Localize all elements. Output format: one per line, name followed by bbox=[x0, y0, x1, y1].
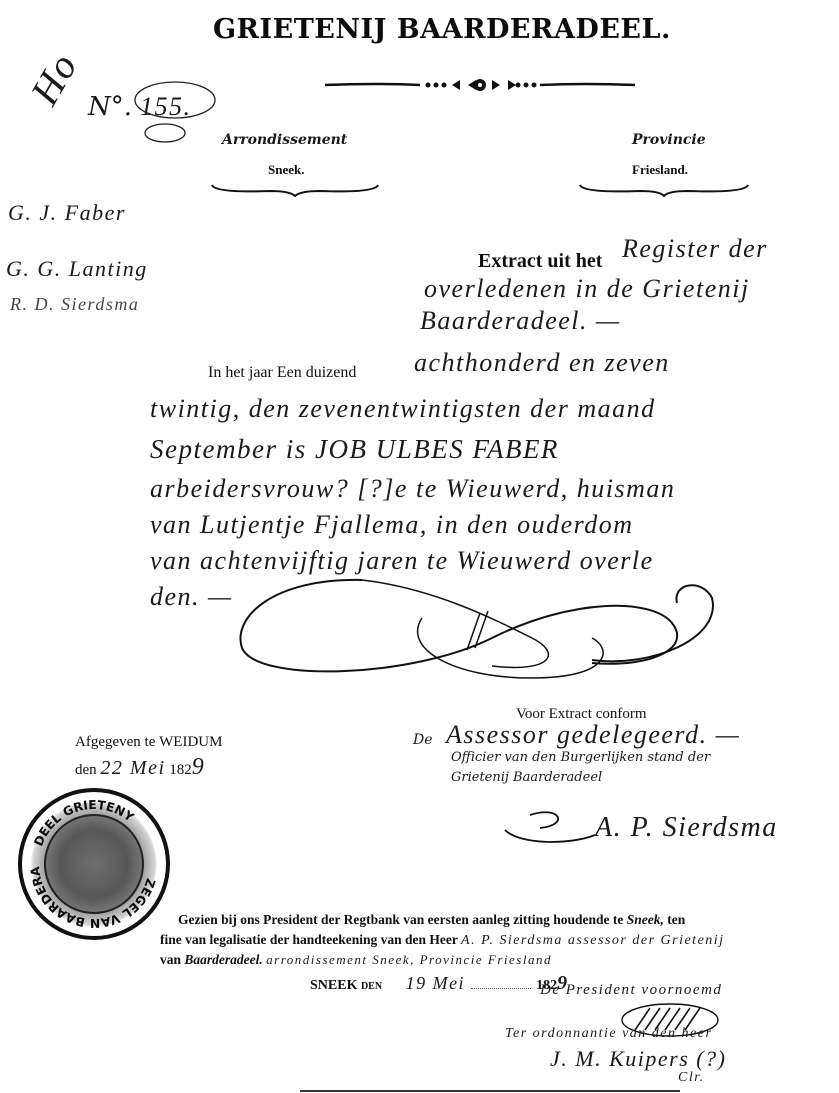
clerk-signature: J. M. Kuipers (?) bbox=[550, 1046, 726, 1072]
provincie-label: Provincie bbox=[632, 132, 706, 148]
issued-date: 22 Mei bbox=[100, 757, 165, 779]
body-line-6: van achtenvijftig jaren te Wieuwerd over… bbox=[150, 546, 654, 576]
extract-overledenen: overledenen in de Grietenij bbox=[424, 274, 750, 304]
svg-text:ZEGEL VAN BAARDERA: ZEGEL VAN BAARDERA bbox=[28, 865, 158, 930]
legal-line-3-handwritten: arrondissement Sneek, Provincie Frieslan… bbox=[266, 952, 552, 967]
legal-line-2-text: fine van legalisatie der handteekening v… bbox=[160, 932, 458, 947]
extract-printed: Extract uit het bbox=[478, 250, 602, 273]
issued-den-label: den bbox=[75, 762, 97, 778]
legal-date-line: SNEEK den 19 Mei 1829 bbox=[310, 972, 569, 995]
provincie-value: Friesland. bbox=[632, 162, 688, 178]
body-line-4: arbeidersvrouw? [?]e te Wieuwerd, huisma… bbox=[150, 474, 675, 504]
issued-date-line: den 22 Mei 1829 bbox=[75, 754, 205, 781]
page-bottom-edge bbox=[300, 1090, 680, 1092]
official-seal: DEEL GRIETENY ZEGEL VAN BAARDERA bbox=[18, 788, 170, 940]
conform-de-label: De bbox=[413, 732, 433, 748]
arrondissement-brace bbox=[210, 183, 380, 197]
conform-role: Assessor gedelegeerd. — bbox=[446, 720, 740, 750]
svg-text:DEEL GRIETENY: DEEL GRIETENY bbox=[31, 798, 137, 848]
date-fill-line bbox=[471, 988, 531, 989]
clerk-suffix: Clr. bbox=[678, 1070, 705, 1086]
arrondissement-value: Sneek. bbox=[268, 162, 304, 178]
clerk-text: Ter ordonnantie van den heer bbox=[505, 1026, 712, 1042]
body-printed-intro: In het jaar Een duizend bbox=[208, 364, 356, 382]
issued-place: WEIDUM bbox=[159, 734, 222, 750]
margin-signature-3: R. D. Sierdsma bbox=[10, 294, 139, 315]
president-text: De President voornoemd bbox=[540, 982, 722, 999]
ornamental-divider bbox=[325, 77, 635, 93]
seal-inscription: DEEL GRIETENY ZEGEL VAN BAARDERA bbox=[22, 792, 166, 936]
body-line-2: twintig, den zevenentwintigsten der maan… bbox=[150, 394, 656, 424]
legal-line-1-end: ten bbox=[667, 912, 685, 927]
margin-signature-2: G. G. Lanting bbox=[6, 256, 148, 282]
legal-line-3: van Baarderadeel. arrondissement Sneek, … bbox=[160, 952, 552, 968]
legal-line-1-text: Gezien bij ons President der Regtbank va… bbox=[178, 912, 623, 927]
officer-signature: A. P. Sierdsma bbox=[595, 812, 778, 844]
issued-label: Afgegeven te WEIDUM bbox=[75, 734, 222, 751]
signature-flourish bbox=[500, 800, 600, 850]
extract-register: Register der bbox=[622, 234, 768, 264]
legal-line-2: fine van legalisatie der handteekening v… bbox=[160, 932, 725, 949]
legal-line-1-place: Sneek, bbox=[627, 912, 664, 927]
legal-date-label: SNEEK den bbox=[310, 978, 382, 993]
document-title: GRIETENIJ BAARDERADEEL. bbox=[213, 14, 753, 45]
officer-line-1: Officier van den Burgerlijken stand der bbox=[451, 750, 710, 765]
closing-flourish bbox=[232, 578, 732, 688]
margin-signature-1: G. J. Faber bbox=[8, 200, 126, 226]
arrondissement-label: Arrondissement bbox=[222, 132, 347, 148]
body-line-1: achthonderd en zeven bbox=[414, 348, 670, 378]
body-line-7: den. — bbox=[150, 582, 233, 612]
legal-date: 19 Mei bbox=[406, 973, 465, 993]
number-flourish bbox=[120, 78, 220, 148]
legal-line-3-place: Baarderadeel. bbox=[184, 952, 262, 967]
marginal-initials: Ho bbox=[21, 44, 88, 112]
officer-line-2: Grietenij Baarderadeel bbox=[451, 770, 602, 785]
legal-line-3-prefix: van bbox=[160, 952, 181, 967]
issued-year-printed: 182 bbox=[169, 762, 192, 778]
issued-year-handwritten: 9 bbox=[192, 754, 206, 780]
issued-label-text: Afgegeven te bbox=[75, 734, 155, 750]
body-line-5: van Lutjentje Fjallema, in den ouderdom bbox=[150, 510, 634, 540]
extract-baarderadeel: Baarderadeel. — bbox=[420, 306, 621, 336]
legal-line-1: Gezien bij ons President der Regtbank va… bbox=[178, 912, 685, 928]
provincie-brace bbox=[578, 183, 750, 197]
legal-line-2-handwritten: A. P. Sierdsma assessor der Grietenij bbox=[461, 933, 725, 948]
body-line-3: September is JOB ULBES FABER bbox=[150, 434, 559, 465]
